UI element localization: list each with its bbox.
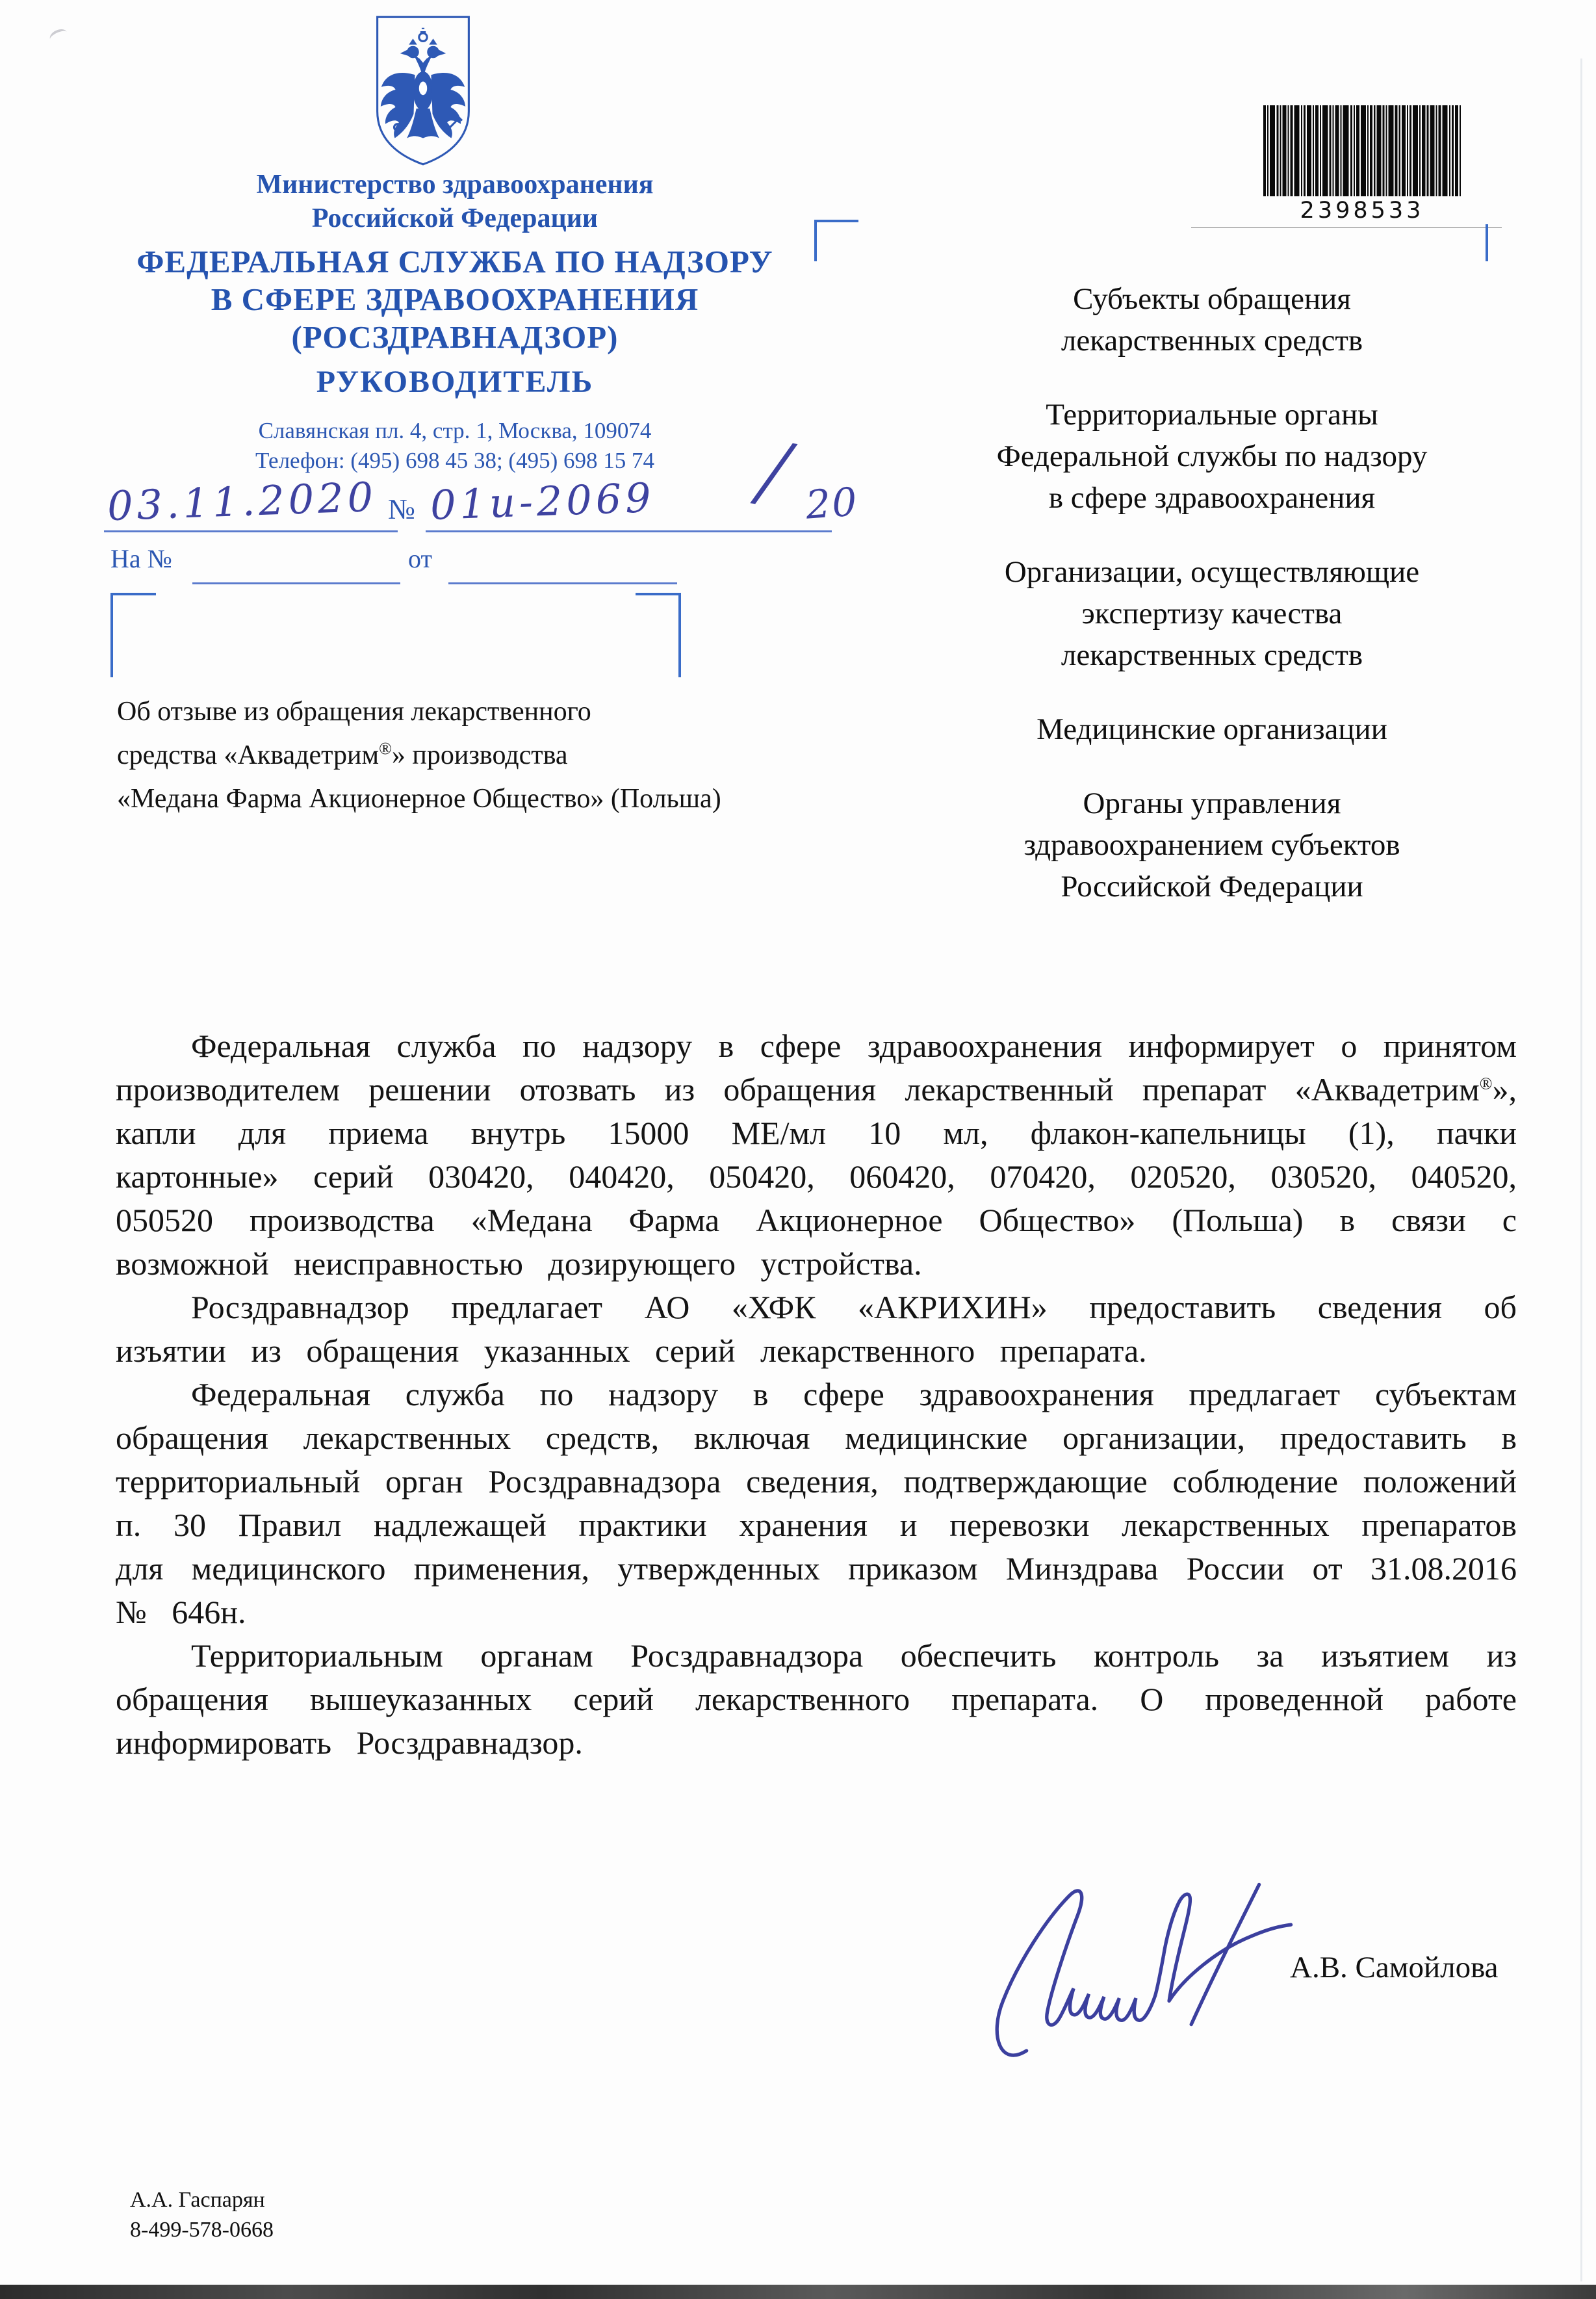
number-underline [426,530,832,532]
addressee-corner-bracket-left [814,220,858,261]
subject-corner-bracket-left [110,593,156,677]
letterhead-address: Славянская пл. 4, стр. 1, Москва, 109074 [84,416,825,446]
subject-line: Об отзыве из обращения лекарственного [117,690,845,734]
registered-trademark-icon: ® [1480,1074,1493,1093]
reply-number-label: На № [110,543,172,574]
subject-line: «Медана Фарма Акционерное Общество» (Пол… [117,777,845,821]
executor-phone: 8-499-578-0668 [130,2215,274,2245]
body-paragraph: Федеральная служба по надзору в сфере зд… [116,1373,1517,1634]
scan-bottom-edge [0,2285,1596,2299]
letterhead-address-block: Славянская пл. 4, стр. 1, Москва, 109074… [84,416,825,476]
letter-body: Федеральная служба по надзору в сфере зд… [116,1024,1517,1765]
recipient-item: Субъекты обращения лекарственных средств [1061,278,1363,361]
barcode-number: 2398533 [1263,198,1461,224]
executor-block: А.А. Гаспарян 8-499-578-0668 [130,2185,274,2245]
addressee-corner-bracket-right [1486,224,1488,261]
reply-date-underline [448,582,677,584]
handwritten-date: 03.11.2020 [107,473,378,530]
recipients-list: Субъекты обращения лекарственных средств… [835,278,1589,907]
addressee-field-line [1191,227,1502,228]
letter-subject: Об отзыве из обращения лекарственного ср… [117,690,845,821]
registered-trademark-icon: ® [379,739,392,758]
coat-of-arms-icon [354,13,492,168]
barcode-icon [1263,105,1461,196]
executor-name: А.А. Гаспарян [130,2185,274,2215]
body-paragraph: Федеральная служба по надзору в сфере зд… [116,1024,1517,1286]
reply-from-label: от [408,543,432,574]
reply-number-underline [192,582,400,584]
recipient-item: Медицинские организации [1036,708,1387,750]
handwritten-number: 01и-2069 [430,474,656,529]
letterhead-phone: Телефон: (495) 698 45 38; (495) 698 15 7… [84,446,825,476]
position-title: РУКОВОДИТЕЛЬ [84,364,825,400]
date-underline [104,530,398,532]
signature-scribble-icon [988,1862,1306,2090]
scan-smudge-artifact [48,27,70,45]
recipient-item: Органы управления здравоохранением субъе… [1023,783,1400,907]
signer-name: А.В. Самойлова [1290,1950,1499,1985]
recipient-item: Организации, осуществляющие экспертизу к… [1005,551,1419,676]
body-paragraph: Территориальным органам Росздравнадзора … [116,1634,1517,1765]
letter-page: Министерство здравоохранения Российской … [0,0,1596,2299]
service-title: ФЕДЕРАЛЬНАЯ СЛУЖБА ПО НАДЗОРУ В СФЕРЕ ЗД… [84,243,825,356]
ministry-title: Министерство здравоохранения Российской … [97,168,812,235]
subject-corner-bracket-right [636,593,681,677]
body-paragraph: Росздравнадзор предлагает АО «ХФК «АКРИХ… [116,1286,1517,1373]
subject-line: средства «Аквадетрим®» производства [117,734,845,777]
recipient-item: Территориальные органы Федеральной служб… [997,394,1428,519]
number-sign-label: № [388,493,415,526]
